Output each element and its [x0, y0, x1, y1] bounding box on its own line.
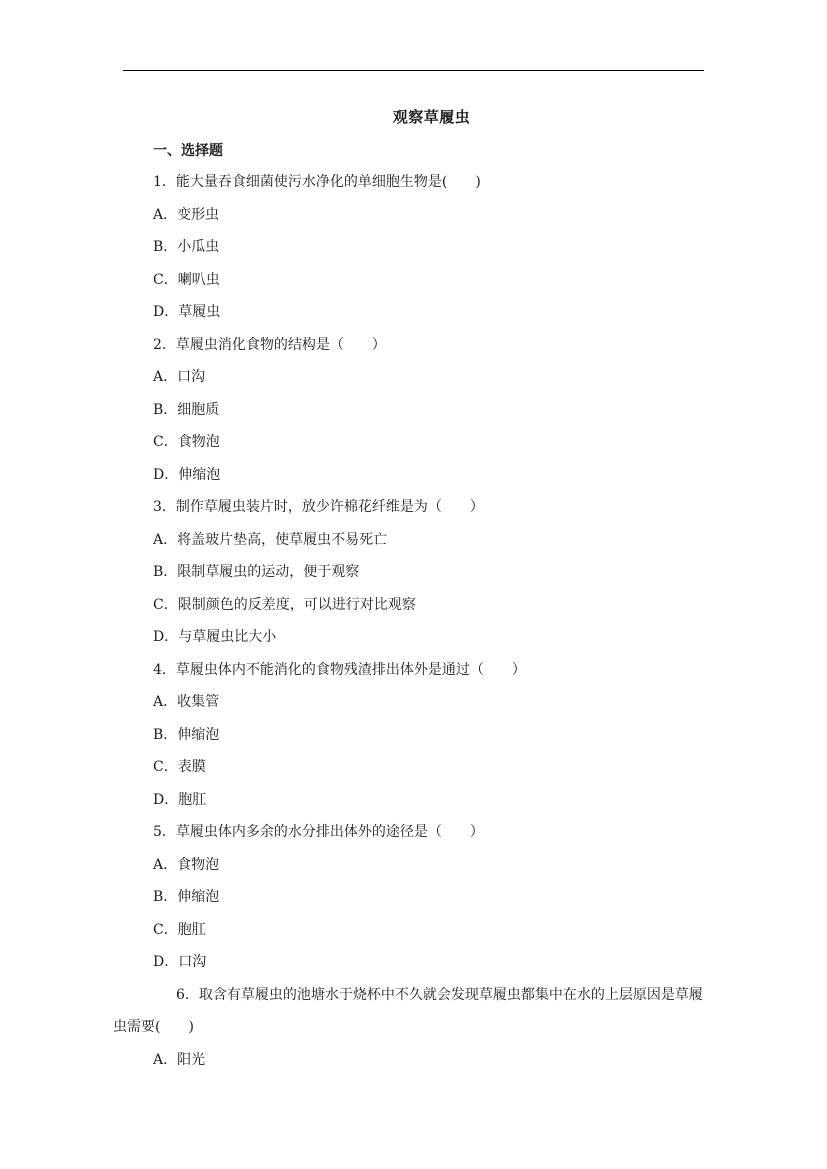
- question-3-option-c: C．限制颜色的反差度，可以进行对比观察: [153, 596, 416, 614]
- question-6-stem-line-2: 虫需要( ): [113, 1018, 194, 1036]
- question-6-option-a: A．阳光: [153, 1051, 205, 1069]
- question-4-stem: 4．草履虫体内不能消化的食物残渣排出体外是通过（ ）: [153, 661, 526, 679]
- question-5-option-d: D．口沟: [153, 953, 206, 971]
- question-4-option-d: D．胞肛: [153, 791, 206, 809]
- question-2-option-d: D．伸缩泡: [153, 466, 220, 484]
- question-4-option-b: B．伸缩泡: [153, 726, 219, 744]
- document-title: 观察草履虫: [0, 106, 827, 127]
- header-rule: [123, 70, 704, 71]
- question-5-option-b: B．伸缩泡: [153, 888, 219, 906]
- question-2-option-c: C．食物泡: [153, 433, 220, 451]
- question-2-option-b: B．细胞质: [153, 401, 219, 419]
- question-5-option-c: C．胞肛: [153, 921, 206, 939]
- question-3-option-b: B．限制草履虫的运动，便于观察: [153, 563, 359, 581]
- question-1-option-a: A．变形虫: [153, 206, 219, 224]
- question-5-stem: 5．草履虫体内多余的水分排出体外的途径是（ ）: [153, 823, 484, 841]
- question-3-stem: 3．制作草履虫装片时，放少许棉花纤维是为（ ）: [153, 498, 484, 516]
- question-4-option-c: C．表膜: [153, 758, 206, 776]
- question-4-option-a: A．收集管: [153, 693, 219, 711]
- question-3-option-a: A．将盖玻片垫高，使草履虫不易死亡: [153, 531, 387, 549]
- question-1-option-b: B．小瓜虫: [153, 238, 219, 256]
- question-6-stem-line-1: 6．取含有草履虫的池塘水于烧杯中不久就会发现草履虫都集中在水的上层原因是草履: [176, 986, 703, 1004]
- section-heading: 一、选择题: [153, 140, 223, 160]
- question-1-stem: 1．能大量吞食细菌使污水净化的单细胞生物是( ): [153, 173, 481, 191]
- question-5-option-a: A．食物泡: [153, 856, 219, 874]
- question-3-option-d: D．与草履虫比大小: [153, 628, 276, 646]
- question-1-option-c: C．喇叭虫: [153, 271, 220, 289]
- question-1-option-d: D．草履虫: [153, 303, 220, 321]
- question-2-stem: 2．草履虫消化食物的结构是（ ）: [153, 336, 386, 354]
- question-2-option-a: A．口沟: [153, 368, 205, 386]
